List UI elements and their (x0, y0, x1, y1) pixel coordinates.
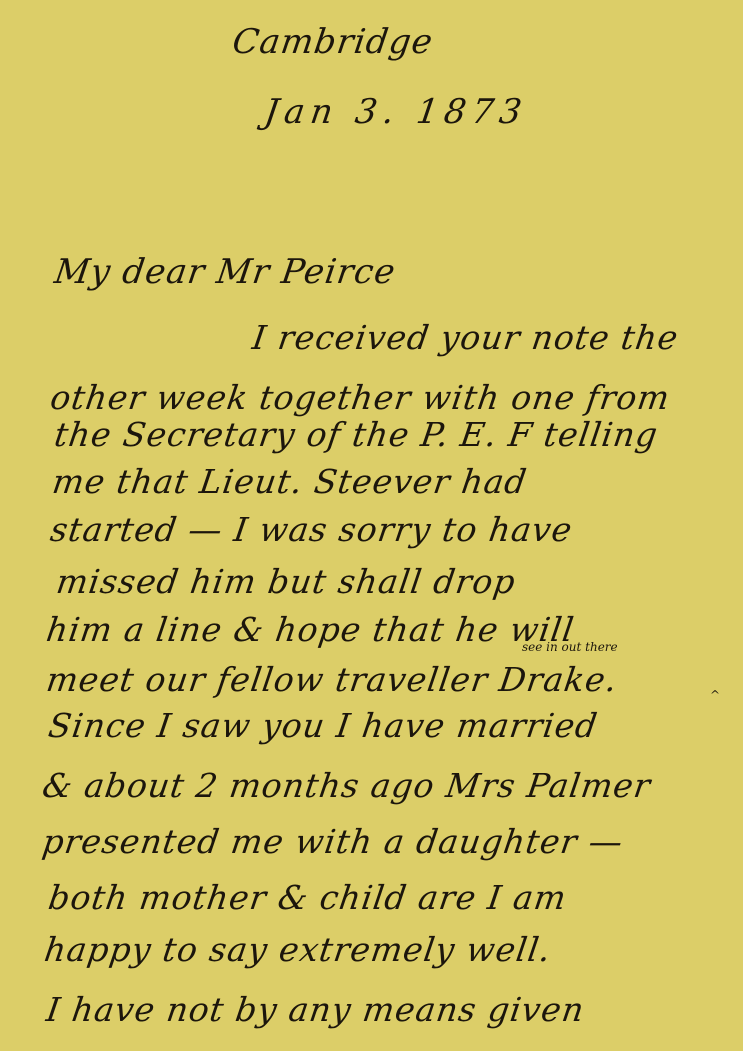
letter-line: happy to say extremely well. (42, 930, 554, 969)
letter-place: Cambridge (230, 22, 436, 62)
letter-line: I have not by any means given (44, 990, 587, 1029)
letter-line: meet our fellow traveller Drake. (44, 660, 620, 699)
letter-line: both mother & child are I am (46, 878, 569, 917)
letter-line: other week together with one from (48, 378, 673, 417)
letter-line: me that Lieut. Steever had (50, 462, 530, 501)
letter-line: presented me with a daughter — (40, 822, 626, 861)
letter-line: missed him but shall drop (54, 562, 518, 601)
letter-line: & about 2 months ago Mrs Palmer (40, 766, 654, 805)
letter-line: the Secretary of the P. E. F telling (52, 415, 661, 454)
letter-salutation: My dear Mr Peirce (52, 252, 398, 292)
letter-page: Cambridge Jan 3. 1873 My dear Mr Peirce … (0, 0, 743, 1051)
letter-line: I received your note the (250, 318, 681, 357)
letter-line: him a line & hope that he will (44, 610, 577, 649)
letter-date: Jan 3. 1873 (262, 92, 530, 132)
insertion-caret-icon: ^ (710, 688, 720, 702)
letter-line: Since I saw you I have married (46, 706, 600, 745)
interlinear-insertion: see in out there (522, 640, 618, 654)
letter-line: started — I was sorry to have (48, 510, 575, 549)
